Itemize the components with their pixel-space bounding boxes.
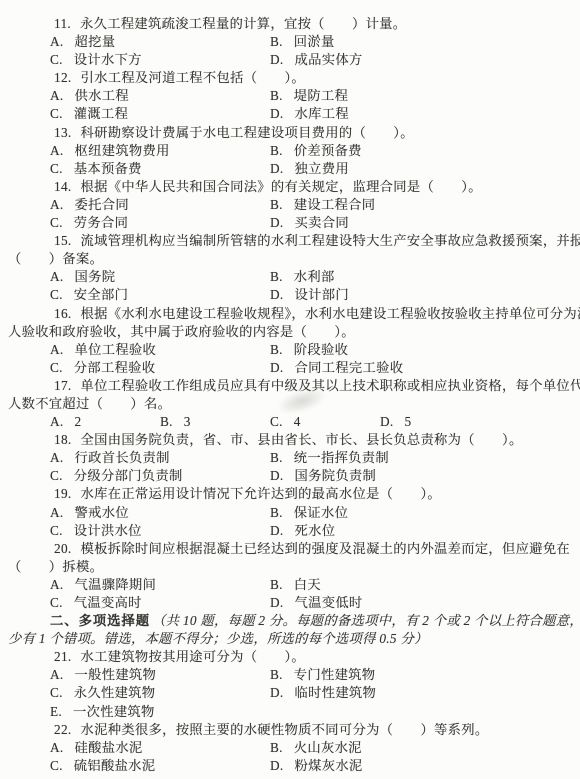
option-label: B. bbox=[270, 740, 283, 755]
option-text: 4 bbox=[294, 414, 301, 429]
question-number: 11. bbox=[54, 16, 71, 31]
option: D.死水位 bbox=[270, 522, 572, 540]
question-stem-line: 21.水工建筑物按其用途可分为（ ）。 bbox=[8, 648, 572, 666]
option: C.劳务合同 bbox=[8, 214, 270, 232]
question-number: 16. bbox=[54, 306, 72, 321]
option-text: 临时性建筑物 bbox=[295, 685, 377, 700]
option: A.硅酸盐水泥 bbox=[8, 739, 270, 757]
option-row: C.基本预备费D.独立费用 bbox=[8, 160, 572, 178]
question-block: 20.模板拆除时间应根据混凝土已经达到的强度及混凝土的内外温差而定，但应避免在（… bbox=[8, 540, 572, 612]
option-row: A.委托合同B.建设工程合同 bbox=[8, 196, 572, 214]
option: E.一次性建筑物 bbox=[8, 703, 270, 721]
option: B.价差预备费 bbox=[270, 142, 572, 160]
question-number: 12. bbox=[54, 70, 72, 85]
option-text: 回淤量 bbox=[294, 34, 335, 49]
option-label: C. bbox=[270, 414, 283, 429]
option-text: 保证水位 bbox=[294, 505, 348, 520]
option-label: C. bbox=[50, 595, 63, 610]
option: A.供水工程 bbox=[8, 87, 270, 105]
option-label: D. bbox=[270, 106, 284, 121]
option-label: C. bbox=[50, 360, 63, 375]
option: A.单位工程验收 bbox=[8, 341, 270, 359]
option-label: C. bbox=[50, 685, 63, 700]
option-label: C. bbox=[50, 161, 63, 176]
question-block: 22.水泥种类很多，按照主要的水硬性物质不同可分为（ ）等系列。A.硅酸盐水泥B… bbox=[8, 721, 572, 775]
option-text: 火山灰水泥 bbox=[294, 740, 362, 755]
option: B.回淤量 bbox=[270, 33, 572, 51]
option: C.分部工程验收 bbox=[8, 359, 270, 377]
option-text: 行政首长负责制 bbox=[75, 450, 170, 465]
question-stem: 水工建筑物按其用途可分为（ ）。 bbox=[81, 649, 306, 664]
question-stem-line: 13.科研勘察设计费属于水电工程建设项目费用的（ ）。 bbox=[8, 124, 572, 142]
option-label: D. bbox=[380, 414, 394, 429]
option: D.国务院负责制 bbox=[270, 467, 572, 485]
option-label: D. bbox=[270, 758, 284, 773]
option: C.硫铝酸盐水泥 bbox=[8, 757, 270, 775]
option: B.保证水位 bbox=[270, 504, 572, 522]
question-stem: 根据《中华人民共和国合同法》的有关规定，监理合同是（ ）。 bbox=[81, 179, 482, 194]
option-label: D. bbox=[270, 523, 284, 538]
option-text: 一般性建筑物 bbox=[75, 667, 157, 682]
option: A.行政首长负责制 bbox=[8, 449, 270, 467]
option-label: A. bbox=[50, 414, 64, 429]
option-label: C. bbox=[50, 215, 63, 230]
question-stem: 单位工程验收工作组成员应具有中级及其以上技术职称或相应执业资格，每个单位代表 bbox=[81, 378, 580, 393]
option-text: 分级分部门负责制 bbox=[74, 468, 183, 483]
option-row: A.气温骤降期间B.白天 bbox=[8, 576, 572, 594]
option-text: 2 bbox=[75, 414, 82, 429]
option-label: A. bbox=[50, 34, 64, 49]
section-note-line1: （共 10 题，每题 2 分。每题的备选项中，有 2 个或 2 个以上符合题意，… bbox=[152, 613, 580, 628]
option-label: D. bbox=[270, 685, 284, 700]
option: C.灌溉工程 bbox=[8, 105, 270, 123]
option-row: A.供水工程B.堤防工程 bbox=[8, 87, 572, 105]
option: D.合同工程完工验收 bbox=[270, 359, 572, 377]
option-label: D. bbox=[270, 468, 284, 483]
option: C.4 bbox=[270, 413, 380, 431]
option-row: C.气温变高时D.气温变低时 bbox=[8, 594, 572, 612]
option-text: 白天 bbox=[294, 577, 321, 592]
option: D.水库工程 bbox=[270, 105, 572, 123]
option-text: 劳务合同 bbox=[74, 215, 128, 230]
option: C.分级分部门负责制 bbox=[8, 467, 270, 485]
option-label: D. bbox=[270, 215, 284, 230]
question-stem: 全国由国务院负责，省、市、县由省长、市长、县长负总责称为（ ）。 bbox=[81, 432, 523, 447]
option: D.气温变低时 bbox=[270, 594, 572, 612]
question-block: 13.科研勘察设计费属于水电工程建设项目费用的（ ）。A.枢纽建筑物费用B.价差… bbox=[8, 124, 572, 178]
option-text: 国务院负责制 bbox=[295, 468, 377, 483]
option-row: C.设计水下方D.成品实体方 bbox=[8, 51, 572, 69]
option-text: 合同工程完工验收 bbox=[295, 360, 404, 375]
option: D.成品实体方 bbox=[270, 51, 572, 69]
question-stem: 水泥种类很多，按照主要的水硬性物质不同可分为（ ）等系列。 bbox=[81, 722, 489, 737]
option-text: 专门性建筑物 bbox=[294, 667, 376, 682]
option: C.气温变高时 bbox=[8, 594, 270, 612]
option: C.基本预备费 bbox=[8, 160, 270, 178]
option: A.气温骤降期间 bbox=[8, 576, 270, 594]
option-row: C.分级分部门负责制D.国务院负责制 bbox=[8, 467, 572, 485]
option-label: B. bbox=[270, 88, 283, 103]
option-row: A.警戒水位B.保证水位 bbox=[8, 504, 572, 522]
option: A.国务院 bbox=[8, 268, 270, 286]
option-row: C.设计洪水位D.死水位 bbox=[8, 522, 572, 540]
option-text: 设计水下方 bbox=[74, 52, 142, 67]
question-stem-continuation: 人数不宜超过（ ）名。 bbox=[8, 395, 572, 413]
question-stem-line: 12.引水工程及河道工程不包括（ ）。 bbox=[8, 69, 572, 87]
option: B.3 bbox=[160, 413, 270, 431]
option-text: 建设工程合同 bbox=[294, 197, 376, 212]
option: A.2 bbox=[50, 413, 160, 431]
question-block: 11.永久工程建筑疏浚工程量的计算，宜按（ ）计量。A.超挖量B.回淤量C.设计… bbox=[8, 15, 572, 69]
option-label: D. bbox=[270, 287, 284, 302]
option-text: 委托合同 bbox=[75, 197, 129, 212]
option-label: B. bbox=[270, 197, 283, 212]
option: D.独立费用 bbox=[270, 160, 572, 178]
question-number: 15. bbox=[54, 233, 72, 248]
option-text: 单位工程验收 bbox=[75, 342, 157, 357]
option-text: 死水位 bbox=[295, 523, 336, 538]
question-number: 18. bbox=[54, 432, 72, 447]
option-label: B. bbox=[270, 34, 283, 49]
option: A.委托合同 bbox=[8, 196, 270, 214]
option: B.建设工程合同 bbox=[270, 196, 572, 214]
option: D.5 bbox=[380, 413, 490, 431]
option: B.水利部 bbox=[270, 268, 572, 286]
option-label: D. bbox=[270, 595, 284, 610]
option-text: 硫铝酸盐水泥 bbox=[74, 758, 156, 773]
question-stem: 根据《水利水电建设工程验收规程》，水利水电建设工程验收按验收主持单位可分为法 bbox=[81, 306, 580, 321]
option: D.临时性建筑物 bbox=[270, 684, 572, 702]
option: D.买卖合同 bbox=[270, 214, 572, 232]
question-stem-line: 20.模板拆除时间应根据混凝土已经达到的强度及混凝土的内外温差而定，但应避免在 bbox=[8, 540, 572, 558]
option-label: B. bbox=[270, 450, 283, 465]
question-stem: 流域管理机构应当编制所管辖的水利工程建设特大生产安全事故应急救援预案，并报 bbox=[81, 233, 580, 248]
option-label: E. bbox=[50, 704, 62, 719]
question-block: 16.根据《水利水电建设工程验收规程》，水利水电建设工程验收按验收主持单位可分为… bbox=[8, 305, 572, 377]
option-label: B. bbox=[270, 143, 283, 158]
option-text: 灌溉工程 bbox=[74, 106, 128, 121]
question-block: 21.水工建筑物按其用途可分为（ ）。A.一般性建筑物B.专门性建筑物C.永久性… bbox=[8, 648, 572, 720]
option-text: 价差预备费 bbox=[294, 143, 362, 158]
option: D.设计部门 bbox=[270, 286, 572, 304]
option-text: 安全部门 bbox=[74, 287, 128, 302]
option-row: A.枢纽建筑物费用B.价差预备费 bbox=[8, 142, 572, 160]
question-stem-line: 11.永久工程建筑疏浚工程量的计算，宜按（ ）计量。 bbox=[8, 15, 572, 33]
question-stem-line: 15.流域管理机构应当编制所管辖的水利工程建设特大生产安全事故应急救援预案，并报 bbox=[8, 232, 572, 250]
option-row: A.国务院B.水利部 bbox=[8, 268, 572, 286]
option-label: B. bbox=[270, 577, 283, 592]
option-label: C. bbox=[50, 287, 63, 302]
question-stem-line: 18.全国由国务院负责，省、市、县由省长、市长、县长负总责称为（ ）。 bbox=[8, 431, 572, 449]
question-stem-continuation: （ ）备案。 bbox=[8, 250, 572, 268]
option-label: A. bbox=[50, 197, 64, 212]
option-text: 阶段验收 bbox=[294, 342, 348, 357]
option-row: E.一次性建筑物 bbox=[8, 703, 572, 721]
option: D.粉煤灰水泥 bbox=[270, 757, 572, 775]
option-text: 设计部门 bbox=[295, 287, 349, 302]
option-text: 一次性建筑物 bbox=[73, 704, 155, 719]
question-stem-continuation: （ ）拆模。 bbox=[8, 558, 572, 576]
option-text: 基本预备费 bbox=[74, 161, 142, 176]
option-row: C.灌溉工程D.水库工程 bbox=[8, 105, 572, 123]
option-label: A. bbox=[50, 505, 64, 520]
option: A.一般性建筑物 bbox=[8, 666, 270, 684]
option-row: C.硫铝酸盐水泥D.粉煤灰水泥 bbox=[8, 757, 572, 775]
exam-page: 11.永久工程建筑疏浚工程量的计算，宜按（ ）计量。A.超挖量B.回淤量C.设计… bbox=[0, 0, 580, 779]
option-row: C.分部工程验收D.合同工程完工验收 bbox=[8, 359, 572, 377]
option: B.火山灰水泥 bbox=[270, 739, 572, 757]
option: B.堤防工程 bbox=[270, 87, 572, 105]
option-label: C. bbox=[50, 52, 63, 67]
option-row: A.一般性建筑物B.专门性建筑物 bbox=[8, 666, 572, 684]
question-stem: 引水工程及河道工程不包括（ ）。 bbox=[81, 70, 306, 85]
option-text: 3 bbox=[184, 414, 191, 429]
question-stem-line: 19.水库在正常运用设计情况下允许达到的最高水位是（ ）。 bbox=[8, 485, 572, 503]
question-stem-line: 16.根据《水利水电建设工程验收规程》，水利水电建设工程验收按验收主持单位可分为… bbox=[8, 305, 572, 323]
option-text: 独立费用 bbox=[295, 161, 349, 176]
option-text: 硅酸盐水泥 bbox=[75, 740, 143, 755]
option: A.超挖量 bbox=[8, 33, 270, 51]
question-number: 13. bbox=[54, 125, 72, 140]
question-stem-continuation: 人验收和政府验收，其中属于政府验收的内容是（ ）。 bbox=[8, 323, 572, 341]
multi-choice-section: 21.水工建筑物按其用途可分为（ ）。A.一般性建筑物B.专门性建筑物C.永久性… bbox=[8, 648, 572, 775]
option-label: C. bbox=[50, 758, 63, 773]
option-text: 气温骤降期间 bbox=[75, 577, 157, 592]
option: A.警戒水位 bbox=[8, 504, 270, 522]
section-title: 二、多项选择题 bbox=[50, 613, 150, 628]
question-block: 12.引水工程及河道工程不包括（ ）。A.供水工程B.堤防工程C.灌溉工程D.水… bbox=[8, 69, 572, 123]
option-label: B. bbox=[270, 269, 283, 284]
option-text: 设计洪水位 bbox=[74, 523, 142, 538]
option-row: A.2B.3C.4D.5 bbox=[8, 413, 572, 431]
option-text: 分部工程验收 bbox=[74, 360, 156, 375]
option-row: A.行政首长负责制B.统一指挥负责制 bbox=[8, 449, 572, 467]
option: C.永久性建筑物 bbox=[8, 684, 270, 702]
option-text: 气温变高时 bbox=[74, 595, 142, 610]
option-label: B. bbox=[160, 414, 173, 429]
question-block: 14.根据《中华人民共和国合同法》的有关规定，监理合同是（ ）。A.委托合同B.… bbox=[8, 178, 572, 232]
option-label: D. bbox=[270, 360, 284, 375]
question-block: 15.流域管理机构应当编制所管辖的水利工程建设特大生产安全事故应急救援预案，并报… bbox=[8, 232, 572, 304]
option: C.安全部门 bbox=[8, 286, 270, 304]
question-block: 18.全国由国务院负责，省、市、县由省长、市长、县长负总责称为（ ）。A.行政首… bbox=[8, 431, 572, 485]
question-block: 19.水库在正常运用设计情况下允许达到的最高水位是（ ）。A.警戒水位B.保证水… bbox=[8, 485, 572, 539]
option-text: 警戒水位 bbox=[75, 505, 129, 520]
option-label: B. bbox=[270, 667, 283, 682]
option-label: A. bbox=[50, 143, 64, 158]
question-number: 20. bbox=[54, 541, 72, 556]
option-label: D. bbox=[270, 161, 284, 176]
option-text: 枢纽建筑物费用 bbox=[75, 143, 170, 158]
option-label: D. bbox=[270, 52, 284, 67]
section-two-header: 二、多项选择题（共 10 题，每题 2 分。每题的备选项中，有 2 个或 2 个… bbox=[8, 612, 572, 630]
section-note-line2: 少有 1 个错项。错选，本题不得分；少选，所选的每个选项得 0.5 分） bbox=[8, 630, 572, 648]
option-row: A.单位工程验收B.阶段验收 bbox=[8, 341, 572, 359]
option-label: A. bbox=[50, 450, 64, 465]
question-block: 17.单位工程验收工作组成员应具有中级及其以上技术职称或相应执业资格，每个单位代… bbox=[8, 377, 572, 431]
option-label: A. bbox=[50, 740, 64, 755]
option-row: C.劳务合同D.买卖合同 bbox=[8, 214, 572, 232]
option-text: 成品实体方 bbox=[295, 52, 363, 67]
option-label: C. bbox=[50, 106, 63, 121]
option-label: B. bbox=[270, 505, 283, 520]
option-row: A.硅酸盐水泥B.火山灰水泥 bbox=[8, 739, 572, 757]
question-stem: 科研勘察设计费属于水电工程建设项目费用的（ ）。 bbox=[81, 125, 414, 140]
question-stem: 水库在正常运用设计情况下允许达到的最高水位是（ ）。 bbox=[81, 486, 441, 501]
single-choice-section: 11.永久工程建筑疏浚工程量的计算，宜按（ ）计量。A.超挖量B.回淤量C.设计… bbox=[8, 15, 572, 612]
option-label: C. bbox=[50, 468, 63, 483]
option-text: 超挖量 bbox=[75, 34, 116, 49]
option-text: 永久性建筑物 bbox=[74, 685, 156, 700]
question-number: 17. bbox=[54, 378, 72, 393]
question-number: 19. bbox=[54, 486, 72, 501]
option-label: A. bbox=[50, 342, 64, 357]
option-text: 堤防工程 bbox=[294, 88, 348, 103]
option-text: 气温变低时 bbox=[295, 595, 363, 610]
option-label: A. bbox=[50, 88, 64, 103]
option-label: A. bbox=[50, 269, 64, 284]
option-row: C.永久性建筑物D.临时性建筑物 bbox=[8, 684, 572, 702]
question-number: 21. bbox=[54, 649, 72, 664]
option: B.专门性建筑物 bbox=[270, 666, 572, 684]
option-text: 供水工程 bbox=[75, 88, 129, 103]
option-row: A.超挖量B.回淤量 bbox=[8, 33, 572, 51]
option-text: 水库工程 bbox=[295, 106, 349, 121]
question-stem-line: 14.根据《中华人民共和国合同法》的有关规定，监理合同是（ ）。 bbox=[8, 178, 572, 196]
option: A.枢纽建筑物费用 bbox=[8, 142, 270, 160]
option-text: 买卖合同 bbox=[295, 215, 349, 230]
option-label: C. bbox=[50, 523, 63, 538]
question-number: 22. bbox=[54, 722, 72, 737]
option: B.阶段验收 bbox=[270, 341, 572, 359]
option: B.白天 bbox=[270, 576, 572, 594]
option: C.设计水下方 bbox=[8, 51, 270, 69]
option-label: A. bbox=[50, 577, 64, 592]
question-stem: 永久工程建筑疏浚工程量的计算，宜按（ ）计量。 bbox=[80, 16, 406, 31]
question-stem-line: 17.单位工程验收工作组成员应具有中级及其以上技术职称或相应执业资格，每个单位代… bbox=[8, 377, 572, 395]
option-text: 5 bbox=[405, 414, 412, 429]
option-label: A. bbox=[50, 667, 64, 682]
option-row: C.安全部门D.设计部门 bbox=[8, 286, 572, 304]
option-text: 统一指挥负责制 bbox=[294, 450, 389, 465]
question-stem: 模板拆除时间应根据混凝土已经达到的强度及混凝土的内外温差而定，但应避免在 bbox=[81, 541, 571, 556]
question-stem-line: 22.水泥种类很多，按照主要的水硬性物质不同可分为（ ）等系列。 bbox=[8, 721, 572, 739]
question-number: 14. bbox=[54, 179, 72, 194]
option-label: B. bbox=[270, 342, 283, 357]
option-text: 国务院 bbox=[75, 269, 116, 284]
option: C.设计洪水位 bbox=[8, 522, 270, 540]
option-text: 水利部 bbox=[294, 269, 335, 284]
option-text: 粉煤灰水泥 bbox=[295, 758, 363, 773]
option: B.统一指挥负责制 bbox=[270, 449, 572, 467]
